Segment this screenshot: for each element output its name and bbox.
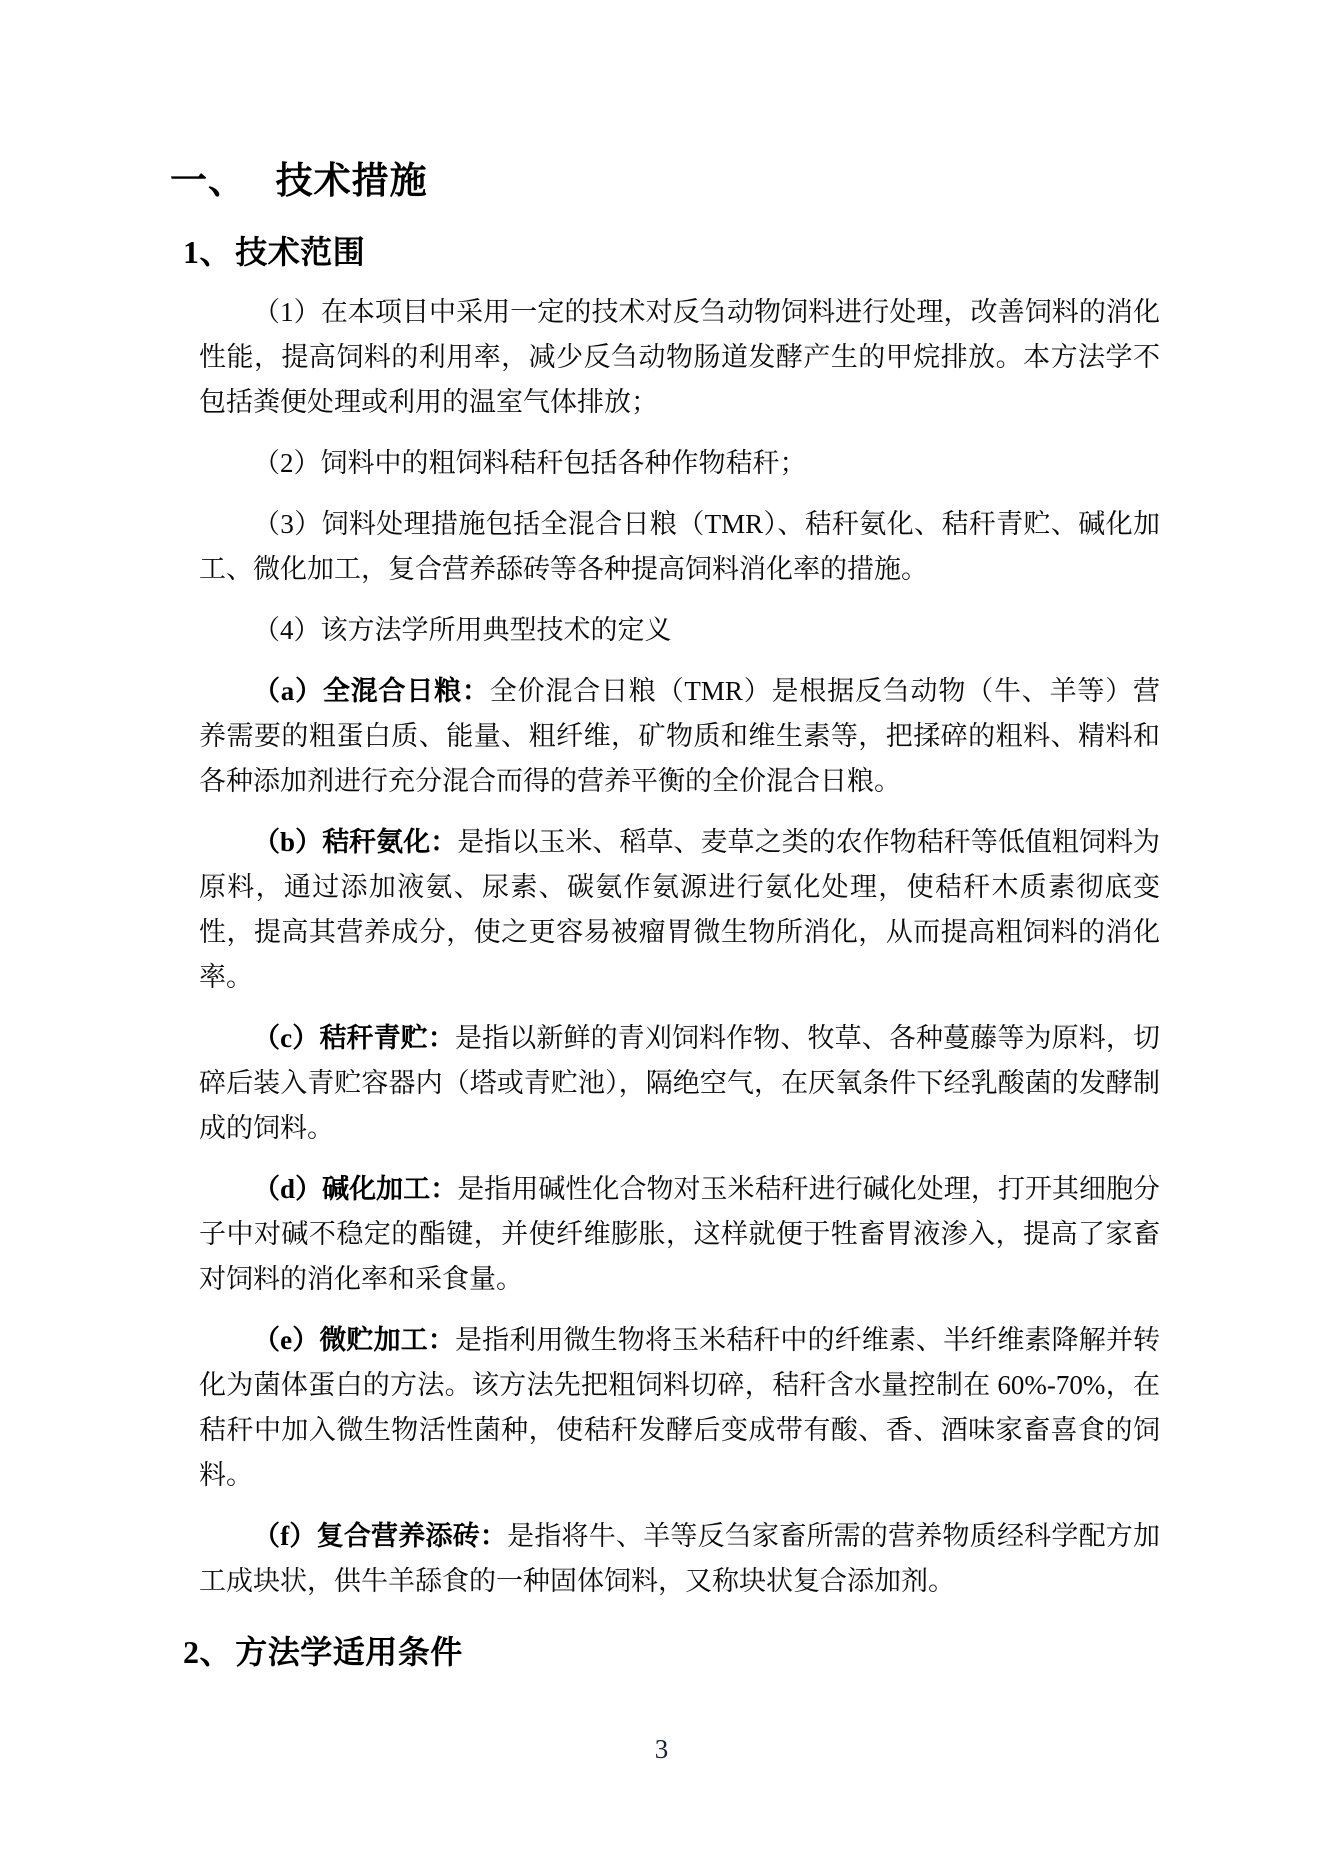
- subsection-heading-applicability: 2、方法学适用条件: [183, 1630, 1160, 1674]
- definition-label: （e）微贮加工：: [253, 1325, 455, 1355]
- heading-number: 1、: [183, 234, 232, 270]
- clause-text: （2）饲料中的粗饲料秸秆包括各种作物秸秆；: [253, 448, 807, 478]
- document-content: 一、技术措施 1、技术范围 （1）在本项目中采用一定的技术对反刍动物饲料进行处理…: [199, 0, 1160, 1674]
- definition-label: （a）全混合日粮：: [253, 676, 490, 706]
- heading-title: 技术范围: [235, 234, 365, 270]
- definition-label: （f）复合营养添砖：: [253, 1521, 507, 1551]
- clause-text: （1）在本项目中采用一定的技术对反刍动物饲料进行处理，改善饲料的消化性能，提高饲…: [199, 297, 1160, 417]
- heading-title: 方法学适用条件: [235, 1634, 463, 1670]
- definition-d-alkalization: （d）碱化加工：是指用碱性化合物对玉米秸秆进行碱化处理，打开其细胞分子中对碱不稳…: [199, 1167, 1160, 1302]
- definition-e-microbial-storage: （e）微贮加工：是指利用微生物将玉米秸秆中的纤维素、半纤维素降解并转化为菌体蛋白…: [199, 1318, 1160, 1498]
- clause-1: （1）在本项目中采用一定的技术对反刍动物饲料进行处理，改善饲料的消化性能，提高饲…: [199, 290, 1160, 425]
- clause-2: （2）饲料中的粗饲料秸秆包括各种作物秸秆；: [199, 441, 1160, 486]
- heading-title: 技术措施: [276, 160, 428, 201]
- definition-label: （c）秸秆青贮：: [253, 1023, 455, 1053]
- definition-f-nutrition-brick: （f）复合营养添砖：是指将牛、羊等反刍家畜所需的营养物质经科学配方加工成块状，供…: [199, 1514, 1160, 1604]
- definition-c-silage: （c）秸秆青贮：是指以新鲜的青刈饲料作物、牧草、各种蔓藤等为原料，切碎后装入青贮…: [199, 1016, 1160, 1151]
- subsection-heading-technical-scope: 1、技术范围: [183, 230, 1160, 274]
- definition-label: （d）碱化加工：: [253, 1174, 457, 1204]
- heading-number: 2、: [183, 1634, 232, 1670]
- heading-number: 一、: [170, 160, 246, 201]
- definition-a-tmr: （a）全混合日粮：全价混合日粮（TMR）是根据反刍动物（牛、羊等）营养需要的粗蛋…: [199, 669, 1160, 804]
- clause-text: （4）该方法学所用典型技术的定义: [253, 615, 672, 645]
- section-heading-1: 一、技术措施: [170, 158, 1160, 204]
- document-page: 一、技术措施 1、技术范围 （1）在本项目中采用一定的技术对反刍动物饲料进行处理…: [0, 0, 1323, 1871]
- clause-4: （4）该方法学所用典型技术的定义: [199, 608, 1160, 653]
- definition-b-ammoniation: （b）秸秆氨化：是指以玉米、稻草、麦草之类的农作物秸秆等低值粗饲料为原料，通过添…: [199, 820, 1160, 1000]
- clause-text: （3）饲料处理措施包括全混合日粮（TMR）、秸秆氨化、秸秆青贮、碱化加工、微化加…: [199, 509, 1160, 584]
- clause-3: （3）饲料处理措施包括全混合日粮（TMR）、秸秆氨化、秸秆青贮、碱化加工、微化加…: [199, 502, 1160, 592]
- page-number: 3: [0, 1733, 1323, 1765]
- definition-label: （b）秸秆氨化：: [253, 827, 457, 857]
